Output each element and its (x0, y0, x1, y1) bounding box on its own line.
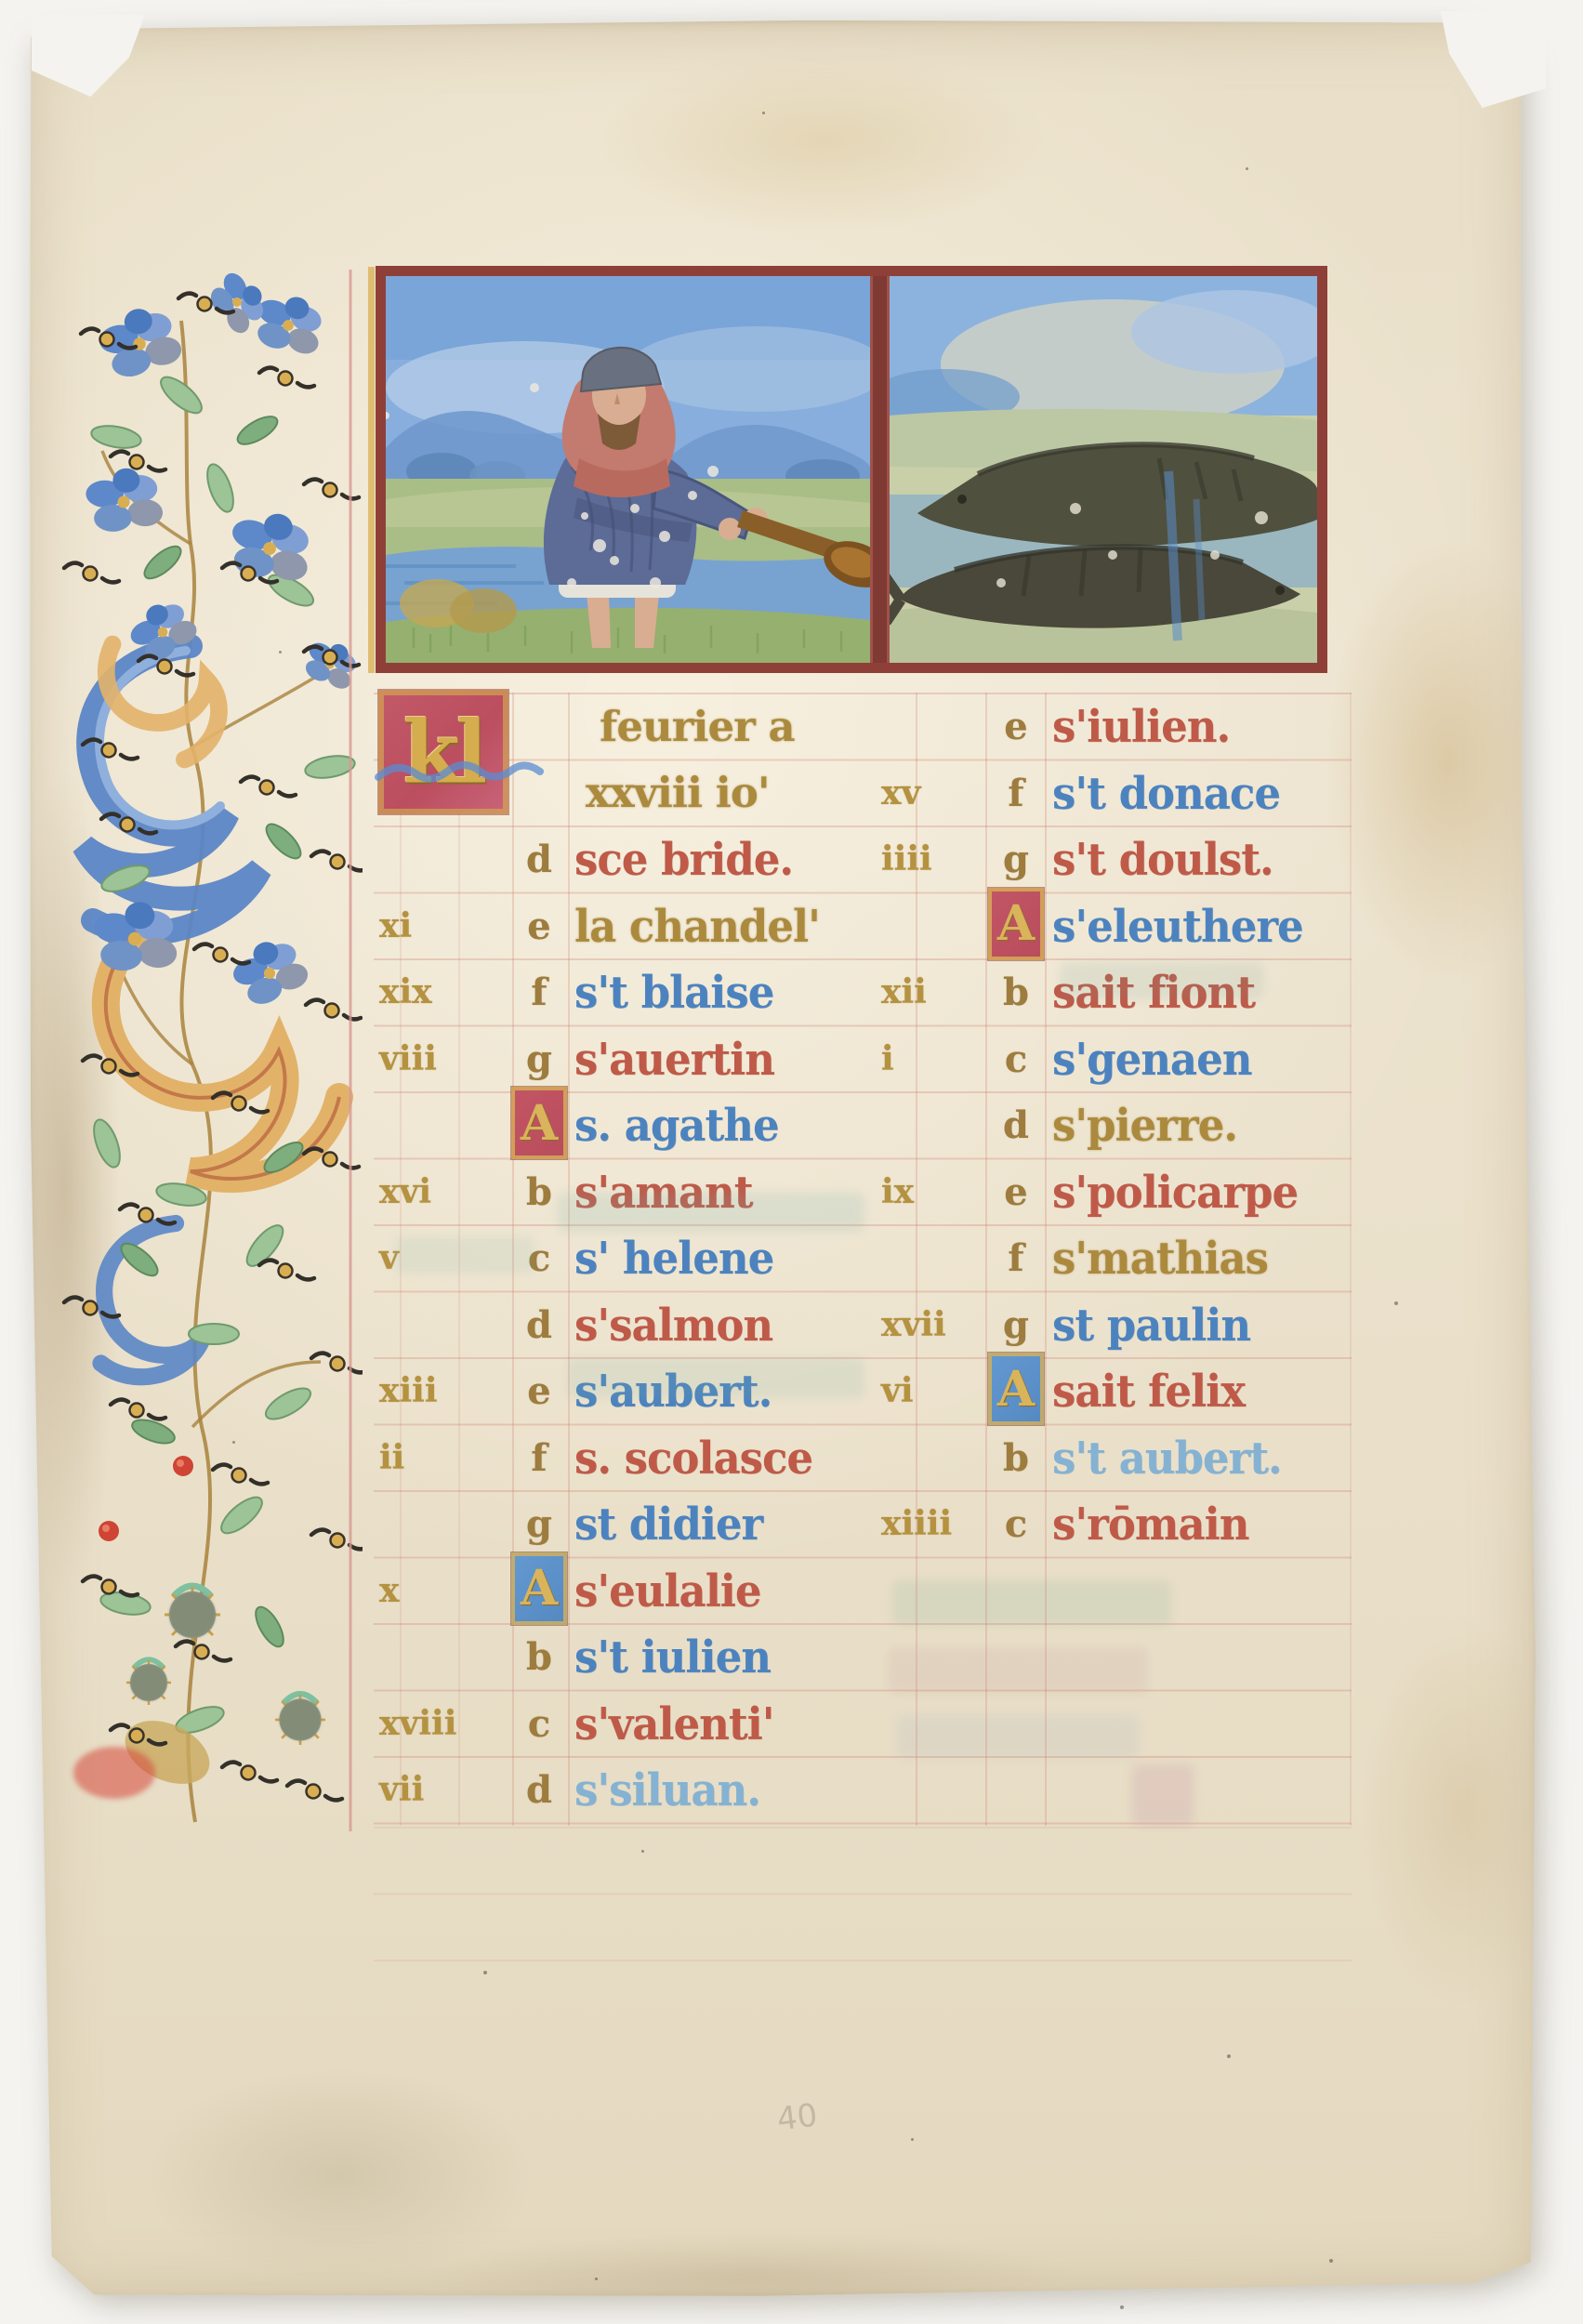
manuscript-photo: kl feurier a xxviii io' dsce bride.xiela… (0, 0, 1583, 2324)
feast-name: s. agathe (574, 1090, 779, 1160)
dominical-letter: e (987, 1159, 1045, 1225)
speck (483, 1971, 487, 1974)
stain (1360, 1616, 1566, 2007)
golden-number: xiiii (881, 1491, 952, 1557)
feast-name: s'genaen (1052, 1023, 1251, 1093)
dominical-letter: c (987, 1491, 1045, 1557)
golden-number: iiii (881, 826, 932, 892)
dominical-letter: c (510, 1691, 568, 1757)
feast-name: s'iulien. (1052, 692, 1230, 761)
bleed-through (395, 1236, 534, 1274)
feast-name: st paulin (1052, 1289, 1250, 1359)
decorated-initial-A: A (511, 1087, 567, 1159)
decorated-initial-A: A (988, 888, 1044, 960)
golden-number: ix (881, 1159, 914, 1225)
dominical-letter: b (987, 1425, 1045, 1491)
dominical-letter: b (987, 959, 1045, 1025)
ruling-line (1350, 693, 1352, 1826)
initial-letter: A (521, 1095, 558, 1152)
bleed-through (897, 1715, 1139, 1758)
golden-number: i (881, 1026, 894, 1092)
pencil-inscription: 40 (775, 2097, 820, 2139)
dominical-letter: e (510, 1358, 568, 1424)
miniature-frame (376, 266, 1327, 673)
golden-number: xii (881, 959, 927, 1025)
bleed-through (892, 1580, 1171, 1625)
feast-name: st didier (574, 1489, 762, 1559)
speck (1246, 167, 1248, 170)
speck (279, 651, 282, 654)
dominical-letter: f (987, 760, 1045, 826)
panel-divider (870, 276, 890, 663)
dominical-letter: e (510, 893, 568, 959)
speck (641, 1850, 644, 1853)
speck (1329, 2259, 1333, 2263)
feast-name: s'eulalie (574, 1555, 761, 1625)
initial-letter: A (997, 1361, 1035, 1418)
ruling-line (568, 693, 570, 1826)
feast-name: sce bride. (574, 825, 793, 894)
feast-name: s'salmon (574, 1289, 772, 1359)
dominical-letter: g (987, 1292, 1045, 1358)
feast-name: s' helene (574, 1223, 773, 1293)
kl-monogram: kl (378, 690, 508, 814)
dominical-letter: d (510, 1757, 568, 1823)
golden-number: xv (881, 760, 920, 826)
speck (595, 2278, 598, 2280)
feast-name: s'rōmain (1052, 1489, 1248, 1559)
initial-letter: A (997, 895, 1035, 952)
stain (599, 47, 1046, 236)
feast-name: s'policarpe (1052, 1156, 1298, 1226)
dominical-letter: f (510, 959, 568, 1025)
golden-number: xiii (379, 1358, 438, 1424)
month-header-line2: xxviii io' (586, 759, 770, 825)
feast-name: s'valenti' (574, 1688, 774, 1758)
bleed-through (888, 1647, 1148, 1694)
speck (1227, 2054, 1231, 2058)
golden-number: xix (379, 959, 432, 1025)
golden-number: vi (881, 1358, 914, 1424)
golden-number: vii (379, 1757, 424, 1823)
golden-number: xvi (379, 1159, 431, 1225)
feast-name: s'mathias (1052, 1223, 1268, 1293)
decorated-initial-A: A (511, 1552, 567, 1625)
feast-name: sait felix (1052, 1356, 1245, 1426)
bleed-through-initial (1132, 1764, 1194, 1826)
dominical-letter: f (510, 1425, 568, 1491)
bleed-through (558, 1193, 864, 1232)
dominical-letter: b (510, 1624, 568, 1690)
feast-name: s'pierre. (1052, 1090, 1237, 1160)
month-header-line1: feurier a (600, 693, 795, 759)
feast-name: s'eleuthere (1052, 891, 1303, 960)
feast-name: s't iulien (574, 1622, 771, 1692)
feast-name: s. scolasce (574, 1422, 812, 1492)
golden-number: xi (379, 893, 412, 959)
dominical-letter: d (510, 826, 568, 892)
speck (1394, 1301, 1398, 1305)
gold-frame-line (368, 267, 375, 673)
speck (232, 1441, 235, 1444)
dominical-letter: c (987, 1026, 1045, 1092)
dominical-letter: d (987, 1092, 1045, 1158)
speck (762, 112, 765, 114)
feast-name: s't aubert. (1052, 1422, 1282, 1492)
speck (911, 2138, 914, 2141)
dominical-letter: g (987, 826, 1045, 892)
golden-number: ii (379, 1425, 404, 1491)
pisces-miniature (890, 276, 1317, 663)
stain (144, 2067, 535, 2282)
bleed-through (1060, 962, 1264, 999)
blue-flourish (373, 749, 559, 792)
feast-name: s't donace (1052, 758, 1280, 827)
stain (424, 2231, 1075, 2318)
initial-letter: A (521, 1560, 558, 1617)
feast-name: s'auertin (574, 1023, 774, 1093)
golden-number: x (379, 1558, 399, 1624)
dominical-letter: g (510, 1026, 568, 1092)
feast-name: la chandel' (574, 891, 820, 960)
floral-border-illustration (51, 265, 363, 1836)
golden-number: xvii (881, 1292, 946, 1358)
ruling-lines-horizontal-faint (374, 1827, 1352, 1966)
bleed-through (567, 1357, 864, 1398)
feast-name: s'siluan. (574, 1755, 760, 1825)
speck (1120, 2305, 1124, 2309)
decorated-initial-A: A (988, 1353, 1044, 1425)
feast-name: s't blaise (574, 957, 773, 1027)
golden-number: viii (379, 1026, 437, 1092)
feast-name: s't doulst. (1052, 825, 1273, 894)
dominical-letter: d (510, 1292, 568, 1358)
dominical-letter: e (987, 693, 1045, 759)
golden-number: xviii (379, 1691, 456, 1757)
february-labor-miniature (386, 276, 870, 663)
dominical-letter: g (510, 1491, 568, 1557)
dominical-letter: f (987, 1225, 1045, 1291)
stain (1326, 537, 1571, 984)
